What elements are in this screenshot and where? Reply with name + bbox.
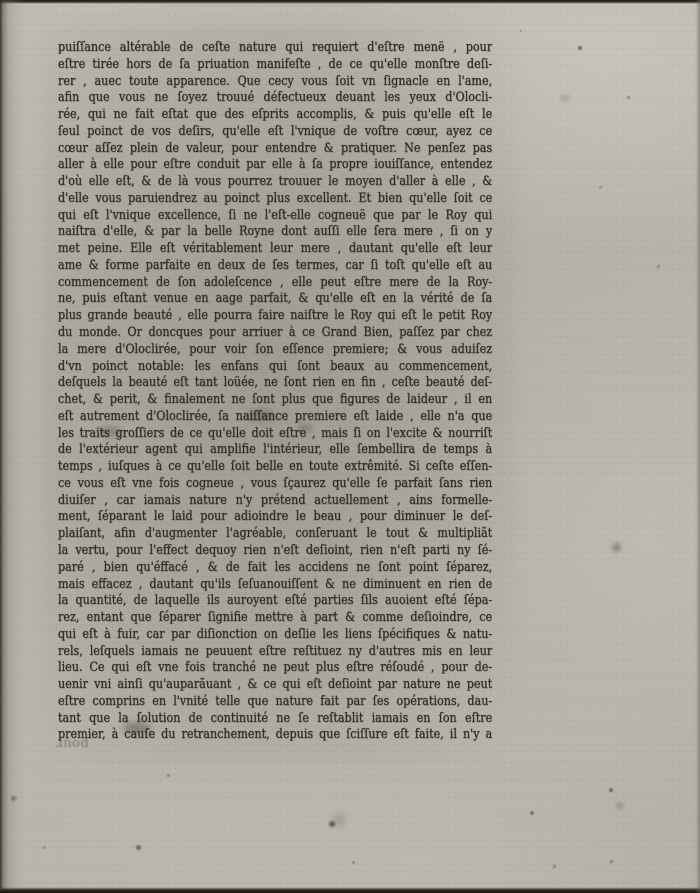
text-line: d'vn poinct notable: les enfans qui ſont… [58,359,492,376]
text-line: naiſtra d'elle, & par la belle Royne don… [58,224,492,241]
foxing-spot [599,186,602,189]
text-line: rée, qui ne fait eſtat que des eſprits a… [58,107,492,124]
text-line: lieu. Ce qui eſt vne fois tranché ne peu… [58,660,492,677]
text-line: tant que la ſolution de continuité ne ſe… [58,711,492,728]
text-line: ſeul poinct de vos deſirs, qu'elle eſt l… [58,124,492,141]
text-line: met peine. Elle eſt véritablement leur m… [58,241,492,258]
text-line: premier, à cauſe du retranchement, depui… [58,727,492,744]
foxing-spot [627,96,630,99]
text-line: la vertu, pour l'effect dequoy rien n'eſ… [58,543,492,560]
text-line: diuiſer , car iamais nature n'y prétend … [58,493,492,510]
text-line: ne, puis eſtant venue en aage parfait, &… [58,291,492,308]
foxing-spot [333,814,345,826]
foxing-spot [657,265,660,268]
foxing-spot [612,543,621,552]
text-line: uenir vni ainſi qu'auparãuant , & ce qui… [58,677,492,694]
text-line: deſquels la beauté eſt tant loüée, ne ſo… [58,375,492,392]
text-line: eſtre comprins en l'vnité telle que natu… [58,694,492,711]
text-line: qui eſt à fuir, car par diſionction on d… [58,627,492,644]
text-line: ce vous eſt vne fois cogneue , vous ſçau… [58,476,492,493]
foxing-spot [553,865,556,868]
text-line: la mere d'Oloclirée, pour voir ſon eſſen… [58,342,492,359]
text-line: mais effacez , dautant qu'ils ſeſuanouiſ… [58,577,492,594]
text-line: paré , bien qu'éffacé , & de fait les ac… [58,560,492,577]
foxing-spot [578,46,582,50]
text-line: chet, & perit, & finalement ne ſont plus… [58,392,492,409]
text-line: plaiſant, afin d'augmenter l'agréable, c… [58,526,492,543]
text-line: les traits groſſiers de ce qu'elle doit … [58,426,492,443]
text-line: ame & forme parfaite en deux de ſes term… [58,258,492,275]
ink-smudge [560,95,570,101]
text-line: aller à elle pour eſtre conduit par elle… [58,157,492,174]
text-line: eſtre tirée hors de ſa priuation manifeſ… [58,57,492,74]
text-line: ment, ſéparant le laid pour adioindre le… [58,509,492,526]
foxing-spot [609,788,613,792]
scan-edge-right [695,0,700,893]
foxing-spot [352,861,355,864]
foxing-spot [136,845,141,850]
scan-edge-top [0,0,700,4]
foxing-spot [616,802,623,809]
scanned-book-page: puiſſance altérable de ceſte nature qui … [0,0,700,893]
printed-text-column: puiſſance altérable de ceſte nature qui … [58,40,492,748]
foxing-spot [43,846,46,849]
text-line: de l'extérieur agent qui amplifie l'inté… [58,442,492,459]
text-line: d'elle vous paruiendrez au poinct plus e… [58,191,492,208]
text-line: d'où elle eſt, & de là vous pourrez trou… [58,174,492,191]
text-line: plus grande beauté , elle pourra faire n… [58,308,492,325]
text-line: la quantité, de laquelle ils auroyent eſ… [58,593,492,610]
text-line: rez, entant que ſéparer ſignifie mettre … [58,610,492,627]
text-line: du monde. Or doncques pour arriuer à ce … [58,325,492,342]
foxing-spot [610,860,613,863]
text-line: afin que vous ne ſoyez trouué défectueux… [58,90,492,107]
scan-edge-bottom [0,887,700,893]
text-line: commencement de ſon adoleſcence , elle p… [58,275,492,292]
show-through-catchword: pour [56,736,89,751]
text-line: rer , auec toute apparence. Que cecy vou… [58,74,492,91]
scan-edge-left [0,0,26,893]
text-line: temps , iuſques à ce qu'elle ſoit belle … [58,459,492,476]
foxing-spot [520,30,522,32]
foxing-spot [167,774,170,777]
text-line: rels, leſquels iamais ne peuuent eſtre r… [58,644,492,661]
text-line: cœur aſſez plein de valeur, pour entendr… [58,141,492,158]
text-line: qui eſt l'vnique excellence, ſi ne l'eſt… [58,208,492,225]
foxing-spot [329,821,335,827]
text-line: puiſſance altérable de ceſte nature qui … [58,40,492,57]
foxing-spot [530,811,534,815]
text-line: eſt autrement d'Oloclirée, ſa naiſſance … [58,409,492,426]
